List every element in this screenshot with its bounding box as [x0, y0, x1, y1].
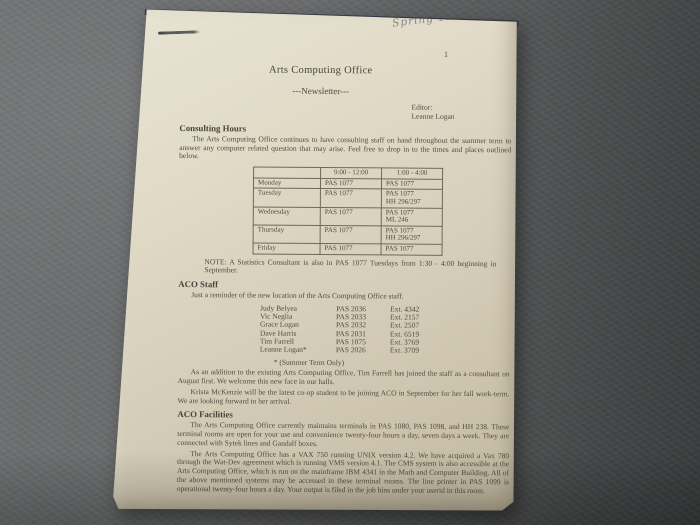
am-cell: PAS 1077	[320, 189, 381, 208]
day-cell: Friday	[253, 243, 320, 254]
afternoon-column-header: 1:00 - 4:00	[382, 168, 443, 179]
staff-room: PAS 2026	[336, 346, 390, 355]
consulting-row-wednesday: Wednesday PAS 1077 PAS 1077 ML 246	[253, 207, 442, 227]
staff-paragraph-krista-mckenzie: Krista McKenzie will be the latest co-op…	[177, 388, 509, 408]
pm-location-2: HH 296/297	[386, 235, 438, 243]
pm-cell: PAS 1077	[381, 179, 442, 190]
editor-block: Editor: Leanne Logan	[411, 102, 511, 121]
editor-label: Editor:	[412, 102, 512, 112]
day-cell: Tuesday	[253, 188, 320, 207]
document-content: Arts Computing Office ---Newsletter--- E…	[177, 40, 512, 496]
facilities-paragraph-systems: The Arts Computing Office has a VAX 750 …	[177, 450, 509, 496]
staff-extension: Ext. 3709	[390, 347, 460, 356]
pm-cell: PAS 1077 ML 246	[381, 207, 442, 226]
pm-location-2: HH 296/297	[386, 198, 438, 206]
title-block: Arts Computing Office ---Newsletter---	[180, 66, 462, 97]
am-cell: PAS 1077	[320, 207, 381, 226]
pm-cell: PAS 1077 HH 296/297	[381, 226, 442, 245]
consulting-row-tuesday: Tuesday PAS 1077 PAS 1077 HH 296/297	[253, 188, 442, 208]
pm-cell: PAS 1077 HH 296/297	[381, 189, 442, 208]
statistics-consultant-note: NOTE: A Statistics Consultant is also in…	[204, 258, 496, 278]
consulting-hours-table: 9:00 - 12:00 1:00 - 4:00 Monday PAS 1077…	[253, 167, 444, 256]
document-title: Arts Computing Office	[180, 66, 462, 77]
editor-name: Leanne Logan	[411, 111, 511, 121]
staff-intro-line: Just a reminder of the new location of t…	[178, 291, 510, 302]
pm-location: PAS 1077	[386, 180, 438, 188]
pm-cell: PAS 1077	[381, 244, 442, 255]
paper-sheet: Spring 1985 1 Arts Computing Office ---N…	[112, 6, 520, 514]
day-cell: Wednesday	[253, 207, 320, 226]
am-cell: PAS 1077	[320, 243, 381, 254]
staff-paragraph-tim-farrell: As an addition to the existing Arts Comp…	[178, 368, 510, 388]
day-cell: Thursday	[253, 225, 320, 244]
facilities-paragraph-terminals: The Arts Computing Office currently main…	[177, 421, 509, 450]
consulting-intro-paragraph: The Arts Computing Office continues to h…	[179, 135, 511, 164]
day-cell: Monday	[253, 178, 320, 189]
am-cell: PAS 1077	[320, 178, 381, 189]
consulting-row-thursday: Thursday PAS 1077 PAS 1077 HH 296/297	[253, 225, 442, 245]
pm-location-2: ML 246	[386, 217, 438, 225]
staff-name: Leanne Logan*	[260, 346, 336, 355]
photographed-newsletter-page: Spring 1985 1 Arts Computing Office ---N…	[112, 6, 520, 514]
staff-list: Judy Belyea PAS 2036 Ext. 4342 Vic Negli…	[260, 304, 510, 356]
pm-location: PAS 1077	[386, 245, 438, 253]
morning-column-header: 9:00 - 12:00	[321, 168, 382, 179]
staff-row: Leanne Logan* PAS 2026 Ext. 3709	[260, 346, 510, 356]
corner-cell	[254, 167, 321, 178]
document-subtitle: ---Newsletter---	[180, 86, 462, 97]
consulting-row-friday: Friday PAS 1077 PAS 1077	[253, 243, 442, 255]
pencil-dash-mark	[158, 30, 200, 34]
am-cell: PAS 1077	[320, 225, 381, 244]
summer-term-footnote: * (Summer Term Only)	[274, 358, 510, 368]
